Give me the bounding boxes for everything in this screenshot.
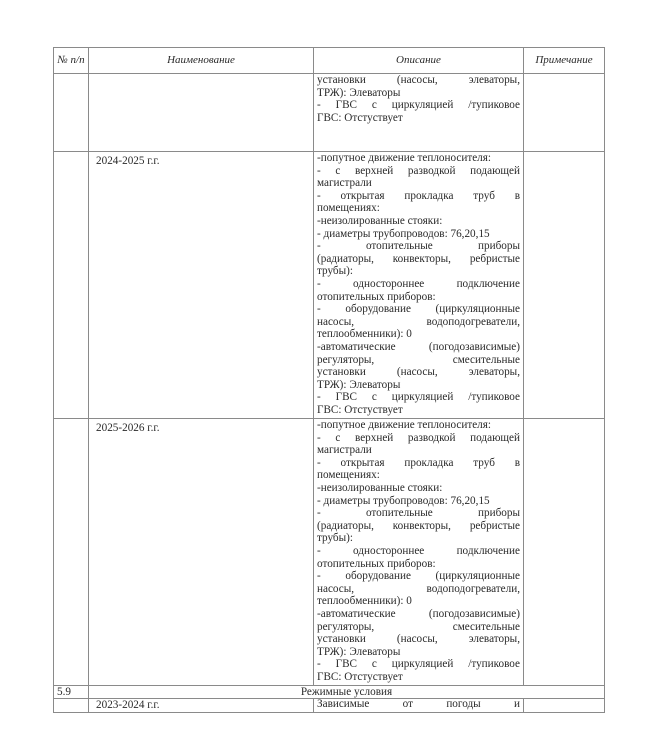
description-line: отопительных приборов: [317, 558, 520, 571]
table-row-continuation: установки (насосы, элеваторы,ТРЖ): Элева… [54, 74, 605, 152]
cell-number [54, 699, 89, 713]
cell-note [524, 419, 605, 686]
document-table: № п/п Наименование Описание Примечание у… [53, 47, 605, 713]
description-line: - одностороннее подключение [317, 278, 520, 291]
cell-name: 2025-2026 г.г. [89, 419, 314, 686]
description-line: - открытая прокладка труб в [317, 457, 520, 470]
description-line: теплообменники): 0 [317, 595, 520, 608]
description-line: -попутное движение теплоносителя: [317, 419, 520, 432]
description-line: - отопительные приборы [317, 507, 520, 520]
description-line: - с верхней разводкой подающей [317, 165, 520, 178]
cell-description: -попутное движение теплоносителя:- с вер… [314, 419, 524, 686]
description-line: магистрали [317, 444, 520, 457]
cell-name [89, 74, 314, 152]
description-line: отопительных приборов: [317, 291, 520, 304]
description-line: ТРЖ): Элеваторы [317, 87, 520, 100]
cell-description: -попутное движение теплоносителя:- с вер… [314, 152, 524, 419]
cell-number [54, 74, 89, 152]
cell-description: Зависимые от погоды и [314, 699, 524, 713]
description-line: насосы, водоподогреватели, [317, 316, 520, 329]
description-line: регуляторы, смесительные [317, 354, 520, 367]
description-line: - диаметры трубопроводов: 76,20,15 [317, 228, 520, 241]
description-line: - отопительные приборы [317, 240, 520, 253]
description-line: ТРЖ): Элеваторы [317, 379, 520, 392]
description-line: (радиаторы, конвекторы, ребристые [317, 520, 520, 533]
section-number: 5.9 [54, 686, 89, 699]
description-line: - оборудование (циркуляционные [317, 570, 520, 583]
description-line: - ГВС с циркуляцией /тупиковое [317, 391, 520, 404]
description-line: - открытая прокладка труб в [317, 190, 520, 203]
description-line: -попутное движение теплоносителя: [317, 152, 520, 165]
description-line: теплообменники): 0 [317, 328, 520, 341]
description-line: насосы, водоподогреватели, [317, 583, 520, 596]
description-line: установки (насосы, элеваторы, [317, 74, 520, 87]
description-line: ГВС: Отстуствует [317, 671, 520, 684]
description-line: установки (насосы, элеваторы, [317, 633, 520, 646]
description-line: трубы): [317, 532, 520, 545]
table-row: 2023-2024 г.г. Зависимые от погоды и [54, 699, 605, 713]
description-line: магистрали [317, 177, 520, 190]
description-line: трубы): [317, 265, 520, 278]
description-line: -автоматические (погодозависимые) [317, 608, 520, 621]
header-description: Описание [314, 48, 524, 74]
cell-note [524, 699, 605, 713]
description-line: помещениях: [317, 202, 520, 215]
description-line: - одностороннее подключение [317, 545, 520, 558]
section-row: 5.9 Режимные условия [54, 686, 605, 699]
cell-name: 2023-2024 г.г. [89, 699, 314, 713]
table-row: 2024-2025 г.г. -попутное движение теплон… [54, 152, 605, 419]
header-note: Примечание [524, 48, 605, 74]
cell-note [524, 74, 605, 152]
description-line: (радиаторы, конвекторы, ребристые [317, 253, 520, 266]
description-line: помещениях: [317, 469, 520, 482]
description-line: регуляторы, смесительные [317, 621, 520, 634]
cell-number [54, 152, 89, 419]
description-line: - диаметры трубопроводов: 76,20,15 [317, 495, 520, 508]
description-line: - ГВС с циркуляцией /тупиковое [317, 658, 520, 671]
header-number: № п/п [54, 48, 89, 74]
cell-description: установки (насосы, элеваторы,ТРЖ): Элева… [314, 74, 524, 152]
description-line: - ГВС с циркуляцией /тупиковое [317, 99, 520, 112]
description-line: установки (насосы, элеваторы, [317, 366, 520, 379]
section-title: Режимные условия [89, 686, 605, 699]
cell-number [54, 419, 89, 686]
table-row: 2025-2026 г.г. -попутное движение теплон… [54, 419, 605, 686]
description-line: -неизолированные стояки: [317, 482, 520, 495]
description-line: ГВС: Отстуствует [317, 112, 520, 125]
description-line: ГВС: Отстуствует [317, 404, 520, 417]
table-header-row: № п/п Наименование Описание Примечание [54, 48, 605, 74]
description-line: - с верхней разводкой подающей [317, 432, 520, 445]
cell-note [524, 152, 605, 419]
description-line: -неизолированные стояки: [317, 215, 520, 228]
description-line: ТРЖ): Элеваторы [317, 646, 520, 659]
cell-name: 2024-2025 г.г. [89, 152, 314, 419]
description-line: - оборудование (циркуляционные [317, 303, 520, 316]
header-name: Наименование [89, 48, 314, 74]
description-line: -автоматические (погодозависимые) [317, 341, 520, 354]
